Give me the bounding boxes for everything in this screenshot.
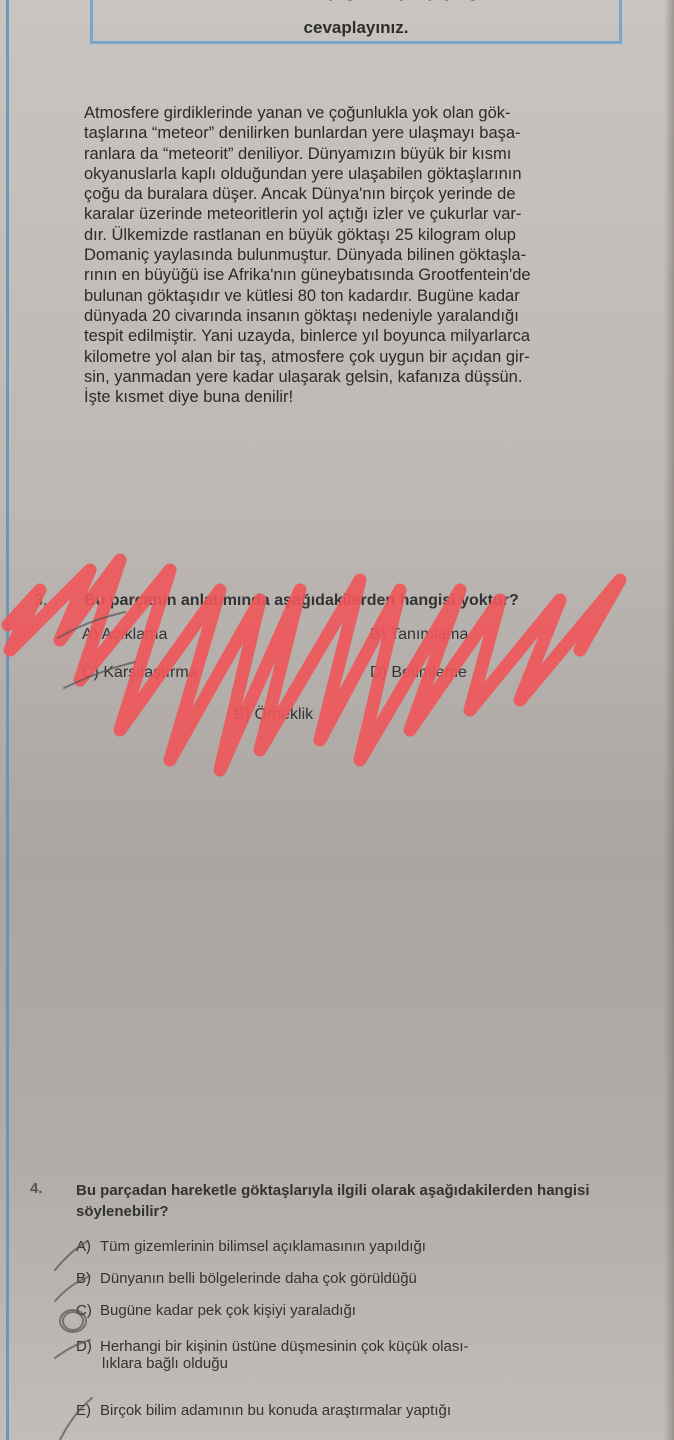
option-label: C) — [76, 1302, 100, 1319]
passage-line: Domaniç yaylasında bulunmuştur. Dünyada … — [84, 245, 648, 265]
question-number: 4. — [30, 1180, 43, 1197]
option-label: B) — [76, 1270, 100, 1287]
passage-line: dünyada 20 civarında insanın göktaşı ned… — [84, 306, 648, 326]
reading-passage: Atmosfere girdiklerinde yanan ve çoğunlu… — [84, 103, 648, 407]
instructions-line-2: cevaplayınız. — [93, 18, 619, 38]
option-b[interactable]: B)Dünyanın belli bölgelerinde daha çok g… — [76, 1270, 417, 1287]
red-scribble-overlay — [0, 530, 674, 780]
passage-line: karalar üzerinde meteoritlerin yol açtığ… — [84, 204, 648, 224]
option-text: Tüm gizemlerinin bilimsel açıklamasının … — [100, 1238, 426, 1255]
passage-line: Atmosfere girdiklerinde yanan ve çoğunlu… — [84, 103, 648, 123]
option-label: A) — [76, 1238, 100, 1255]
option-e[interactable]: E)Birçok bilim adamının bu konuda araştı… — [76, 1402, 451, 1419]
option-text: Bugüne kadar pek çok kişiyi yaraladığı — [100, 1302, 356, 1319]
option-text: Dünyanın belli bölgelerinde daha çok gör… — [100, 1270, 417, 1287]
passage-line: İşte kısmet diye buna denilir! — [84, 387, 648, 407]
passage-line: rının en büyüğü ise Afrika'nın güneybatı… — [84, 265, 648, 285]
option-text-continued: lıklara bağlı olduğu — [76, 1355, 469, 1372]
passage-line: bulunan göktaşıdır ve kütlesi 80 ton kad… — [84, 286, 648, 306]
option-text: Herhangi bir kişinin üstüne düşmesinin ç… — [100, 1338, 469, 1355]
passage-line: çoğu da buralara düşer. Ancak Dünya'nın … — [84, 184, 648, 204]
passage-line: okyanuslarla kaplı olduğundan yere ulaşa… — [84, 164, 648, 184]
passage-line: dır. Ülkemizde rastlanan en büyük göktaş… — [84, 225, 648, 245]
option-label: E) — [76, 1402, 100, 1419]
instructions-line-1: 3– 4. soruları aşağıdaki parçaya göre — [93, 0, 619, 2]
passage-line: sin, yanmadan yere kadar ulaşarak gelsin… — [84, 367, 648, 387]
passage-line: taşlarına “meteor” denilirken bunlardan … — [84, 123, 648, 143]
option-label: D) — [76, 1338, 100, 1355]
question-stem: Bu parçadan hareketle göktaşlarıyla ilgi… — [76, 1180, 636, 1222]
passage-line: tespit edilmiştir. Yani uzayda, binlerce… — [84, 326, 648, 346]
passage-line: kilometre yol alan bir taş, atmosfere ço… — [84, 347, 648, 367]
option-text: Birçok bilim adamının bu konuda araştırm… — [100, 1402, 451, 1419]
option-d[interactable]: D)Herhangi bir kişinin üstüne düşmesinin… — [76, 1338, 469, 1372]
passage-line: ranlara da “meteorit” deniliyor. Dünyamı… — [84, 144, 648, 164]
option-a[interactable]: A)Tüm gizemlerinin bilimsel açıklamasını… — [76, 1238, 426, 1255]
option-c[interactable]: C)Bugüne kadar pek çok kişiyi yaraladığı — [76, 1302, 356, 1319]
instructions-box: 3– 4. soruları aşağıdaki parçaya göre ce… — [90, 0, 622, 44]
